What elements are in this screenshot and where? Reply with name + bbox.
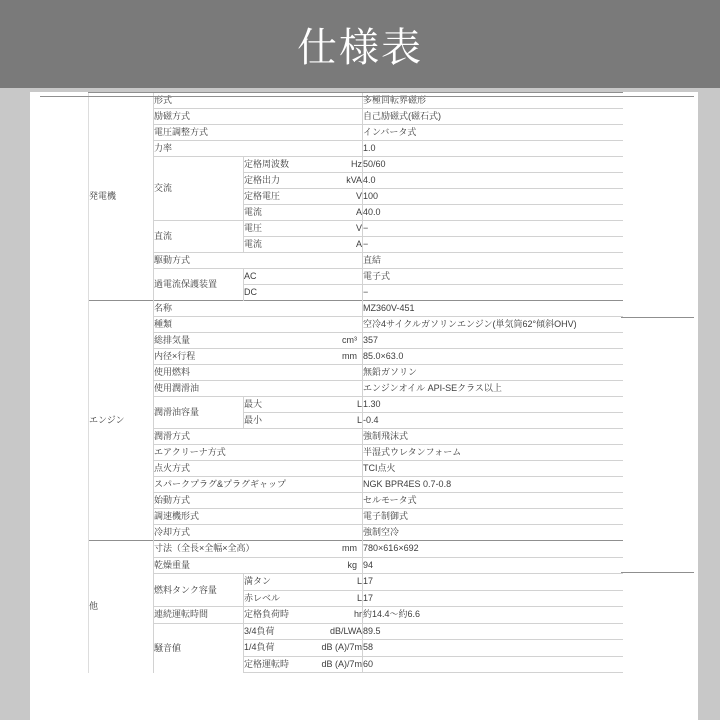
spec-value: 無鉛ガソリン xyxy=(363,365,623,381)
page: { "page": { "title": "仕様表" }, "colors": … xyxy=(0,0,720,720)
spec-row-label: エアクリーナ方式 xyxy=(154,445,363,461)
spec-sub-label: 最大 xyxy=(244,397,316,413)
spec-row-label-text: 種類 xyxy=(154,319,172,329)
spec-row-label: スパークプラグ&プラグギャップ xyxy=(154,477,363,493)
spec-unit: cm³ xyxy=(342,335,362,346)
spec-row: 他mm寸法（全長×全幅×全高）780×616×692 xyxy=(89,541,623,558)
spec-row-label-text: 励磁方式 xyxy=(154,111,190,121)
spec-sub-label: 電流 xyxy=(244,237,316,253)
spec-row-label: 電圧調整方式 xyxy=(154,125,363,141)
spec-value: 空冷4サイクルガソリンエンジン(単気筒62°傾斜OHV) xyxy=(363,317,623,333)
spec-unit: kVA xyxy=(316,173,363,189)
spec-row: 電圧調整方式インバータ式 xyxy=(89,125,623,141)
spec-value: 電子式 xyxy=(363,269,623,285)
spec-row-label-text: 力率 xyxy=(154,143,172,153)
spec-subgroup-label: 騒音値 xyxy=(154,623,244,673)
spec-row-label-text: 使用燃料 xyxy=(154,367,190,377)
spec-row: 過電流保護装置AC電子式 xyxy=(89,269,623,285)
spec-row: 燃料タンク容量満タンL17 xyxy=(89,574,623,591)
spec-unit: L xyxy=(316,413,363,429)
spec-group-label: エンジン xyxy=(89,301,154,541)
spec-unit: dB/LWA xyxy=(316,623,363,640)
spec-row-label-text: 乾燥重量 xyxy=(154,560,190,570)
spec-sub-label: 赤レベル xyxy=(244,590,316,607)
spec-unit xyxy=(316,269,363,285)
spec-value: 89.5 xyxy=(363,623,623,640)
spec-unit xyxy=(316,285,363,301)
spec-subgroup-label: 潤滑油容量 xyxy=(154,397,244,429)
page-header: 仕様表 xyxy=(0,0,720,88)
spec-value: 357 xyxy=(363,333,623,349)
spec-row-label-text: 駆動方式 xyxy=(154,255,190,265)
spec-row-label: 駆動方式 xyxy=(154,253,363,269)
spec-unit: V xyxy=(316,221,363,237)
spec-unit: V xyxy=(316,189,363,205)
spec-sub-label: 定格電圧 xyxy=(244,189,316,205)
spec-unit: hr xyxy=(316,607,363,624)
spec-row-label: cm³総排気量 xyxy=(154,333,363,349)
spec-value: 1.0 xyxy=(363,141,623,157)
spec-row-label: 種類 xyxy=(154,317,363,333)
spec-row-label-text: 名称 xyxy=(154,303,172,313)
spec-row: kg乾燥重量94 xyxy=(89,557,623,574)
spec-value: NGK BPR4ES 0.7-0.8 xyxy=(363,477,623,493)
spec-value: 58 xyxy=(363,640,623,657)
spec-value: 半湿式ウレタンフォーム xyxy=(363,445,623,461)
spec-unit: dB (A)/7m xyxy=(316,656,363,673)
spec-row-label-text: 始動方式 xyxy=(154,495,190,505)
spec-value: 85.0×63.0 xyxy=(363,349,623,365)
spec-table: 発電機形式多極回転界磁形励磁方式自己励磁式(磁石式)電圧調整方式インバータ式力率… xyxy=(88,92,623,673)
spec-value: 多極回転界磁形 xyxy=(363,93,623,109)
spec-value: エンジンオイル API-SEクラス以上 xyxy=(363,381,623,397)
spec-value: 1.30 xyxy=(363,397,623,413)
spec-value: 電子制御式 xyxy=(363,509,623,525)
spec-row: 調速機形式電子制御式 xyxy=(89,509,623,525)
spec-unit: mm xyxy=(342,543,362,554)
spec-row-label: 使用燃料 xyxy=(154,365,363,381)
spec-unit: A xyxy=(316,205,363,221)
spec-sub-label: 満タン xyxy=(244,574,316,591)
spec-value: − xyxy=(363,221,623,237)
spec-subgroup-label: 交流 xyxy=(154,157,244,221)
spec-row: 始動方式セルモータ式 xyxy=(89,493,623,509)
spec-row-label: mm内径×行程 xyxy=(154,349,363,365)
spec-row: 種類空冷4サイクルガソリンエンジン(単気筒62°傾斜OHV) xyxy=(89,317,623,333)
spec-value: − xyxy=(363,285,623,301)
spec-panel: 発電機形式多極回転界磁形励磁方式自己励磁式(磁石式)電圧調整方式インバータ式力率… xyxy=(30,92,698,720)
spec-row-label-text: エアクリーナ方式 xyxy=(154,447,226,457)
spec-row: 点火方式TCI点火 xyxy=(89,461,623,477)
spec-value: 60 xyxy=(363,656,623,673)
spec-row: 使用燃料無鉛ガソリン xyxy=(89,365,623,381)
spec-row: 発電機形式多極回転界磁形 xyxy=(89,93,623,109)
spec-value: 17 xyxy=(363,574,623,591)
spec-row-label: 励磁方式 xyxy=(154,109,363,125)
spec-row-label-text: 潤滑方式 xyxy=(154,431,190,441)
spec-unit: A xyxy=(316,237,363,253)
spec-row: エンジン名称MZ360V-451 xyxy=(89,301,623,317)
spec-row-label: mm寸法（全長×全幅×全高） xyxy=(154,541,363,558)
spec-value: − xyxy=(363,237,623,253)
spec-sub-label: 3/4負荷 xyxy=(244,623,316,640)
spec-sub-label: 電流 xyxy=(244,205,316,221)
spec-sub-label: 定格周波数 xyxy=(244,157,316,173)
spec-row: エアクリーナ方式半湿式ウレタンフォーム xyxy=(89,445,623,461)
spec-unit: mm xyxy=(342,351,362,362)
spec-row-label-text: 点火方式 xyxy=(154,463,190,473)
spec-sub-label: 定格運転時 xyxy=(244,656,316,673)
spec-row: 励磁方式自己励磁式(磁石式) xyxy=(89,109,623,125)
spec-row: 力率1.0 xyxy=(89,141,623,157)
spec-subgroup-label: 燃料タンク容量 xyxy=(154,574,244,607)
spec-row: スパークプラグ&プラグギャップNGK BPR4ES 0.7-0.8 xyxy=(89,477,623,493)
spec-row: 騒音値3/4負荷dB/LWA89.5 xyxy=(89,623,623,640)
spec-sub-label: 定格出力 xyxy=(244,173,316,189)
spec-value: 17 xyxy=(363,590,623,607)
spec-value: 40.0 xyxy=(363,205,623,221)
spec-row: 連続運転時間定格負荷時hr約14.4～約6.6 xyxy=(89,607,623,624)
spec-unit: L xyxy=(316,574,363,591)
spec-table-body: 発電機形式多極回転界磁形励磁方式自己励磁式(磁石式)電圧調整方式インバータ式力率… xyxy=(89,93,623,673)
page-title: 仕様表 xyxy=(297,16,423,73)
spec-row-label: 力率 xyxy=(154,141,363,157)
spec-sub-label: DC xyxy=(244,285,316,301)
spec-row-label: 始動方式 xyxy=(154,493,363,509)
spec-row-label-text: 総排気量 xyxy=(154,335,190,345)
spec-value: 強制空冷 xyxy=(363,525,623,541)
spec-value: 自己励磁式(磁石式) xyxy=(363,109,623,125)
spec-subgroup-label: 連続運転時間 xyxy=(154,607,244,624)
spec-row-label-text: 調速機形式 xyxy=(154,511,199,521)
spec-subgroup-label: 過電流保護装置 xyxy=(154,269,244,301)
spec-row-label-text: 寸法（全長×全幅×全高） xyxy=(154,543,255,553)
spec-value: -0.4 xyxy=(363,413,623,429)
spec-sub-label: 電圧 xyxy=(244,221,316,237)
group-separator-extension xyxy=(621,572,694,573)
spec-value: セルモータ式 xyxy=(363,493,623,509)
spec-group-label: 発電機 xyxy=(89,93,154,301)
spec-value: TCI点火 xyxy=(363,461,623,477)
spec-value: 直結 xyxy=(363,253,623,269)
spec-value: 4.0 xyxy=(363,173,623,189)
spec-sub-label: 定格負荷時 xyxy=(244,607,316,624)
spec-value: インバータ式 xyxy=(363,125,623,141)
spec-row-label: 形式 xyxy=(154,93,363,109)
spec-row-label-text: スパークプラグ&プラグギャップ xyxy=(154,479,286,489)
spec-sub-label: 1/4負荷 xyxy=(244,640,316,657)
spec-row-label: kg乾燥重量 xyxy=(154,557,363,574)
spec-sub-label: AC xyxy=(244,269,316,285)
spec-value: 780×616×692 xyxy=(363,541,623,558)
spec-row-label: 冷却方式 xyxy=(154,525,363,541)
spec-value: MZ360V-451 xyxy=(363,301,623,317)
spec-unit: L xyxy=(316,590,363,607)
spec-row: cm³総排気量357 xyxy=(89,333,623,349)
spec-row: 交流定格周波数Hz50/60 xyxy=(89,157,623,173)
table-top-border xyxy=(40,96,694,97)
spec-row: 駆動方式直結 xyxy=(89,253,623,269)
spec-value: 強制飛沫式 xyxy=(363,429,623,445)
spec-row: 直流電圧V− xyxy=(89,221,623,237)
spec-row: 潤滑方式強制飛沫式 xyxy=(89,429,623,445)
spec-row-label: 名称 xyxy=(154,301,363,317)
spec-sub-label: 最小 xyxy=(244,413,316,429)
spec-row-label: 潤滑方式 xyxy=(154,429,363,445)
spec-row-label: 使用潤滑油 xyxy=(154,381,363,397)
spec-row: 冷却方式強制空冷 xyxy=(89,525,623,541)
spec-row: mm内径×行程85.0×63.0 xyxy=(89,349,623,365)
spec-row-label: 点火方式 xyxy=(154,461,363,477)
spec-unit: dB (A)/7m xyxy=(316,640,363,657)
spec-row-label-text: 電圧調整方式 xyxy=(154,127,208,137)
spec-value: 約14.4～約6.6 xyxy=(363,607,623,624)
spec-unit: L xyxy=(316,397,363,413)
spec-row: 使用潤滑油エンジンオイル API-SEクラス以上 xyxy=(89,381,623,397)
spec-value: 50/60 xyxy=(363,157,623,173)
spec-row-label-text: 冷却方式 xyxy=(154,527,190,537)
spec-row-label-text: 使用潤滑油 xyxy=(154,383,199,393)
spec-row-label-text: 内径×行程 xyxy=(154,351,195,361)
spec-row-label: 調速機形式 xyxy=(154,509,363,525)
spec-subgroup-label: 直流 xyxy=(154,221,244,253)
spec-unit: kg xyxy=(348,560,363,571)
spec-row: 潤滑油容量最大L1.30 xyxy=(89,397,623,413)
group-separator-extension xyxy=(621,317,694,318)
spec-group-label: 他 xyxy=(89,541,154,673)
spec-unit: Hz xyxy=(316,157,363,173)
spec-value: 100 xyxy=(363,189,623,205)
spec-value: 94 xyxy=(363,557,623,574)
